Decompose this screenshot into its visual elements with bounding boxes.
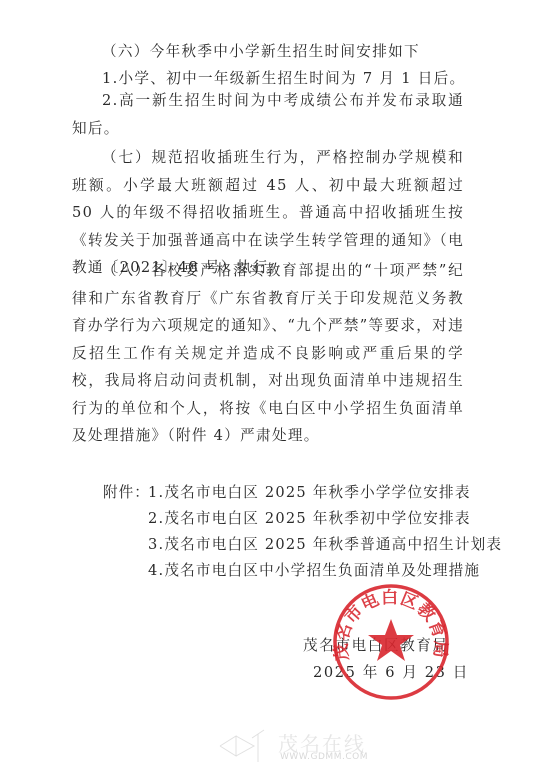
section8-paragraph: （八）各校要严格落实教育部提出的“十项严禁”纪律和广东省教育厅《广东省教育厅关于…	[72, 257, 464, 450]
watermark-logo-icon	[218, 728, 274, 766]
document-page: （六）今年秋季中小学新生招生时间安排如下 1.小学、初中一年级新生招生时间为 7…	[0, 0, 547, 774]
attachments-label: 附件：	[103, 481, 150, 502]
section6-item1: 1.小学、初中一年级新生招生时间为 7 月 1 日后。	[102, 67, 465, 88]
watermark: 茂名在线 WWW.GDMM.COM	[218, 728, 378, 768]
attachment-item-3: 3.茂名市电白区 2025 年秋季普通高中招生计划表	[148, 533, 502, 554]
attachment-item-2: 2.茂名市电白区 2025 年秋季初中学位安排表	[148, 507, 471, 528]
watermark-url: WWW.GDMM.COM	[280, 752, 368, 762]
attachment-item-4: 4.茂名市电白区中小学招生负面清单及处理措施	[148, 559, 480, 580]
attachment-item-1: 1.茂名市电白区 2025 年秋季小学学位安排表	[148, 481, 471, 502]
section6-item2: 2.高一新生招生时间为中考成绩公布并发布录取通知后。	[72, 87, 464, 142]
section6-heading: （六）今年秋季中小学新生招生时间安排如下	[102, 40, 420, 61]
official-seal-icon: 茂名市电白区教育局	[332, 583, 450, 701]
